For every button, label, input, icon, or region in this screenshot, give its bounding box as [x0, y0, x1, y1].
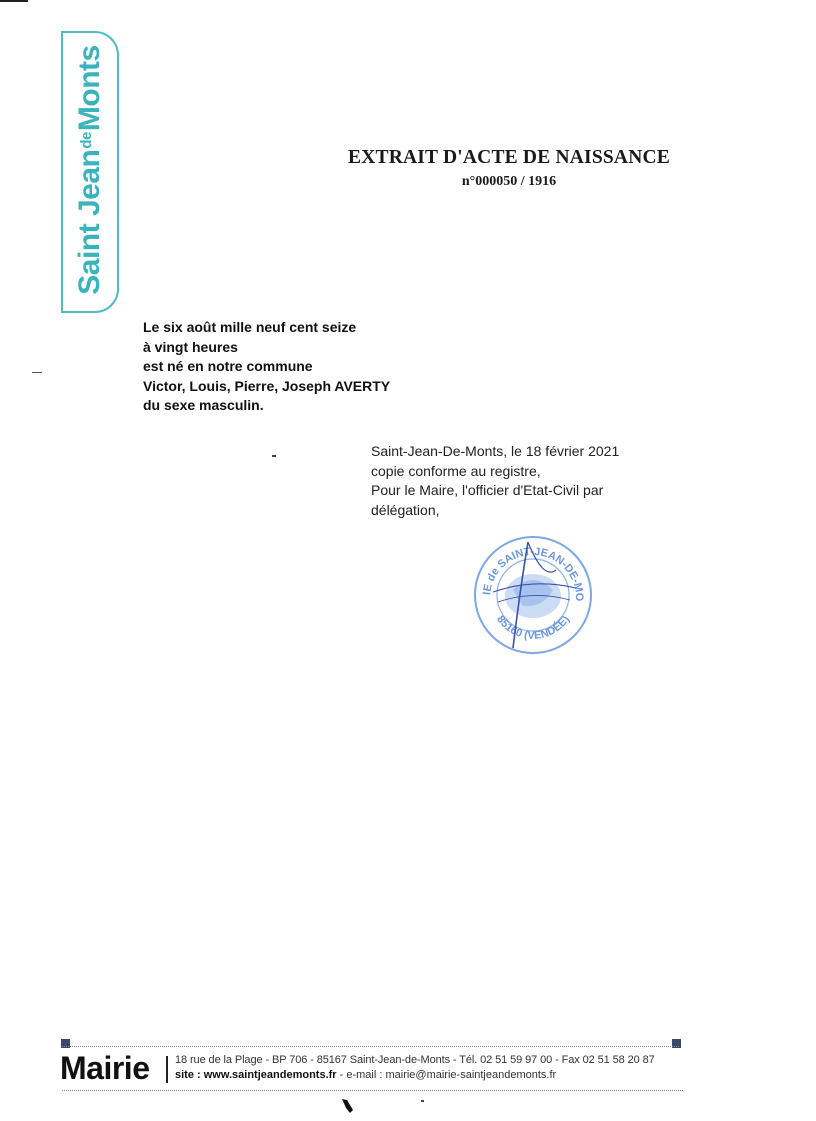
certification-line: Pour le Maire, l'officier d'Etat-Civil p… [371, 481, 619, 501]
scan-corner-mark [0, 0, 28, 2]
record-line: du sexe masculin. [143, 396, 390, 416]
official-stamp: MAIRIE de SAINT-JEAN-DE-MONTS 85160 (VEN… [468, 530, 598, 660]
record-line: Victor, Louis, Pierre, Joseph AVERTY [143, 377, 390, 397]
certification-line: Saint-Jean-De-Monts, le 18 février 2021 [371, 442, 619, 462]
footer-website-link[interactable]: site : www.saintjeandemonts.fr [175, 1069, 337, 1081]
record-line: est né en notre commune [143, 357, 390, 377]
footer-mairie-label: Mairie [60, 1050, 149, 1087]
record-line: Le six août mille neuf cent seize [143, 318, 390, 338]
logo-word-monts: Monts [73, 45, 106, 131]
scan-speck [272, 455, 276, 457]
footer-divider-top [62, 1046, 679, 1047]
certification-line: délégation, [371, 501, 619, 521]
document-title: EXTRAIT D'ACTE DE NAISSANCE [0, 147, 816, 169]
footer-contact: site : www.saintjeandemonts.fr - e-mail … [175, 1069, 556, 1081]
footer-divider-bottom [62, 1090, 683, 1091]
footer-email[interactable]: - e-mail : mairie@mairie-saintjeandemont… [337, 1069, 557, 1081]
footer-address: 18 rue de la Plage - BP 706 - 85167 Sain… [175, 1054, 655, 1066]
certification-block: Saint-Jean-De-Monts, le 18 février 2021 … [371, 442, 619, 520]
logo-word-saint: Saint [73, 224, 106, 295]
record-number: n°000050 / 1916 [0, 174, 816, 190]
footer-separator [166, 1056, 168, 1083]
scan-smudge [338, 1096, 358, 1116]
certification-line: copie conforme au registre, [371, 462, 619, 482]
record-body: Le six août mille neuf cent seize à ving… [143, 318, 390, 416]
town-logo: Saint JeandeMonts [73, 45, 107, 294]
scan-mark [32, 372, 42, 373]
record-line: à vingt heures [143, 338, 390, 358]
scan-speck [421, 1100, 424, 1102]
